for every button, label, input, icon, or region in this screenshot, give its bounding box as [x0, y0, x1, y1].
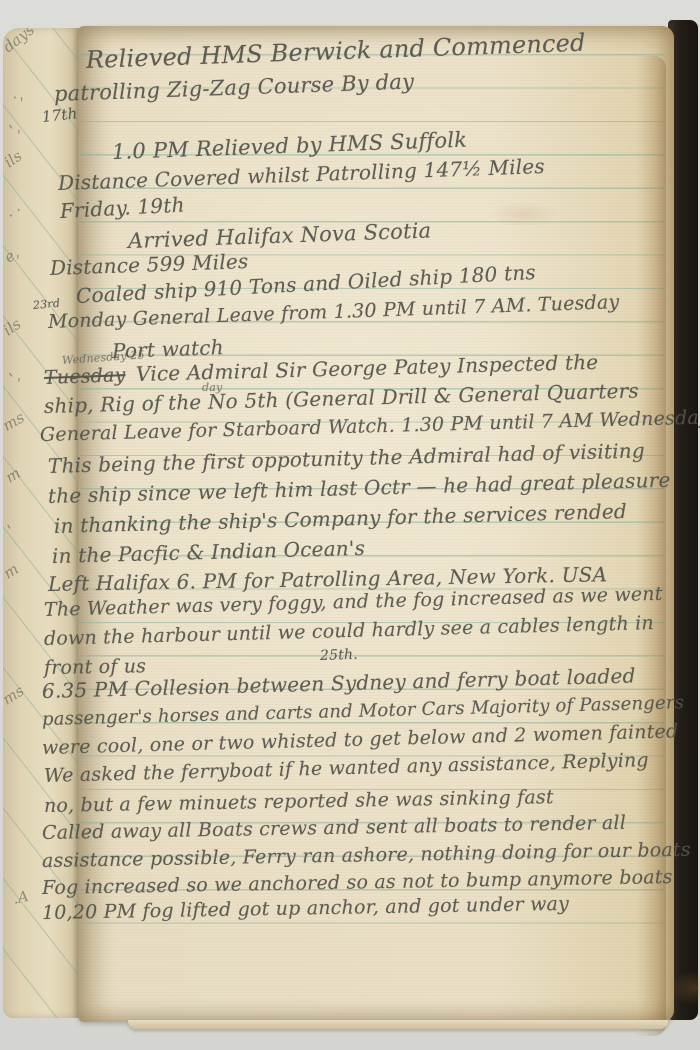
handwritten-line: Called away all Boats crews and sent all… — [42, 812, 626, 844]
handwritten-line: in the Pacfic & Indian Ocean's — [52, 536, 366, 568]
handwritten-line: 17th — [41, 104, 78, 126]
handwritten-line: Fog increased so we anchored so as not t… — [42, 866, 673, 899]
struck-through-word: Tuesday — [44, 364, 126, 389]
handwriting-layer: Relieved HMS Berwick and Commencedpatrol… — [0, 0, 700, 1050]
handwritten-line: Arrived Halifax Nova Scotia — [128, 218, 432, 253]
handwritten-line: Friday. 19th — [59, 192, 185, 222]
handwritten-line: front of us — [44, 655, 147, 679]
handwritten-line: 25th. — [320, 647, 358, 664]
handwritten-line: patrolling Zig-Zag Course By day — [54, 69, 415, 106]
handwritten-line: no, but a few minuets reported she was s… — [44, 786, 554, 817]
handwritten-line: Distance 599 Miles — [50, 249, 249, 280]
underlying-page-edge — [128, 1020, 668, 1029]
handwritten-line: Relieved HMS Berwick and Commenced — [86, 29, 587, 74]
logbook-scan: days·,',ils· ·e,ils',msm'mms.A Relieved … — [0, 0, 700, 1050]
